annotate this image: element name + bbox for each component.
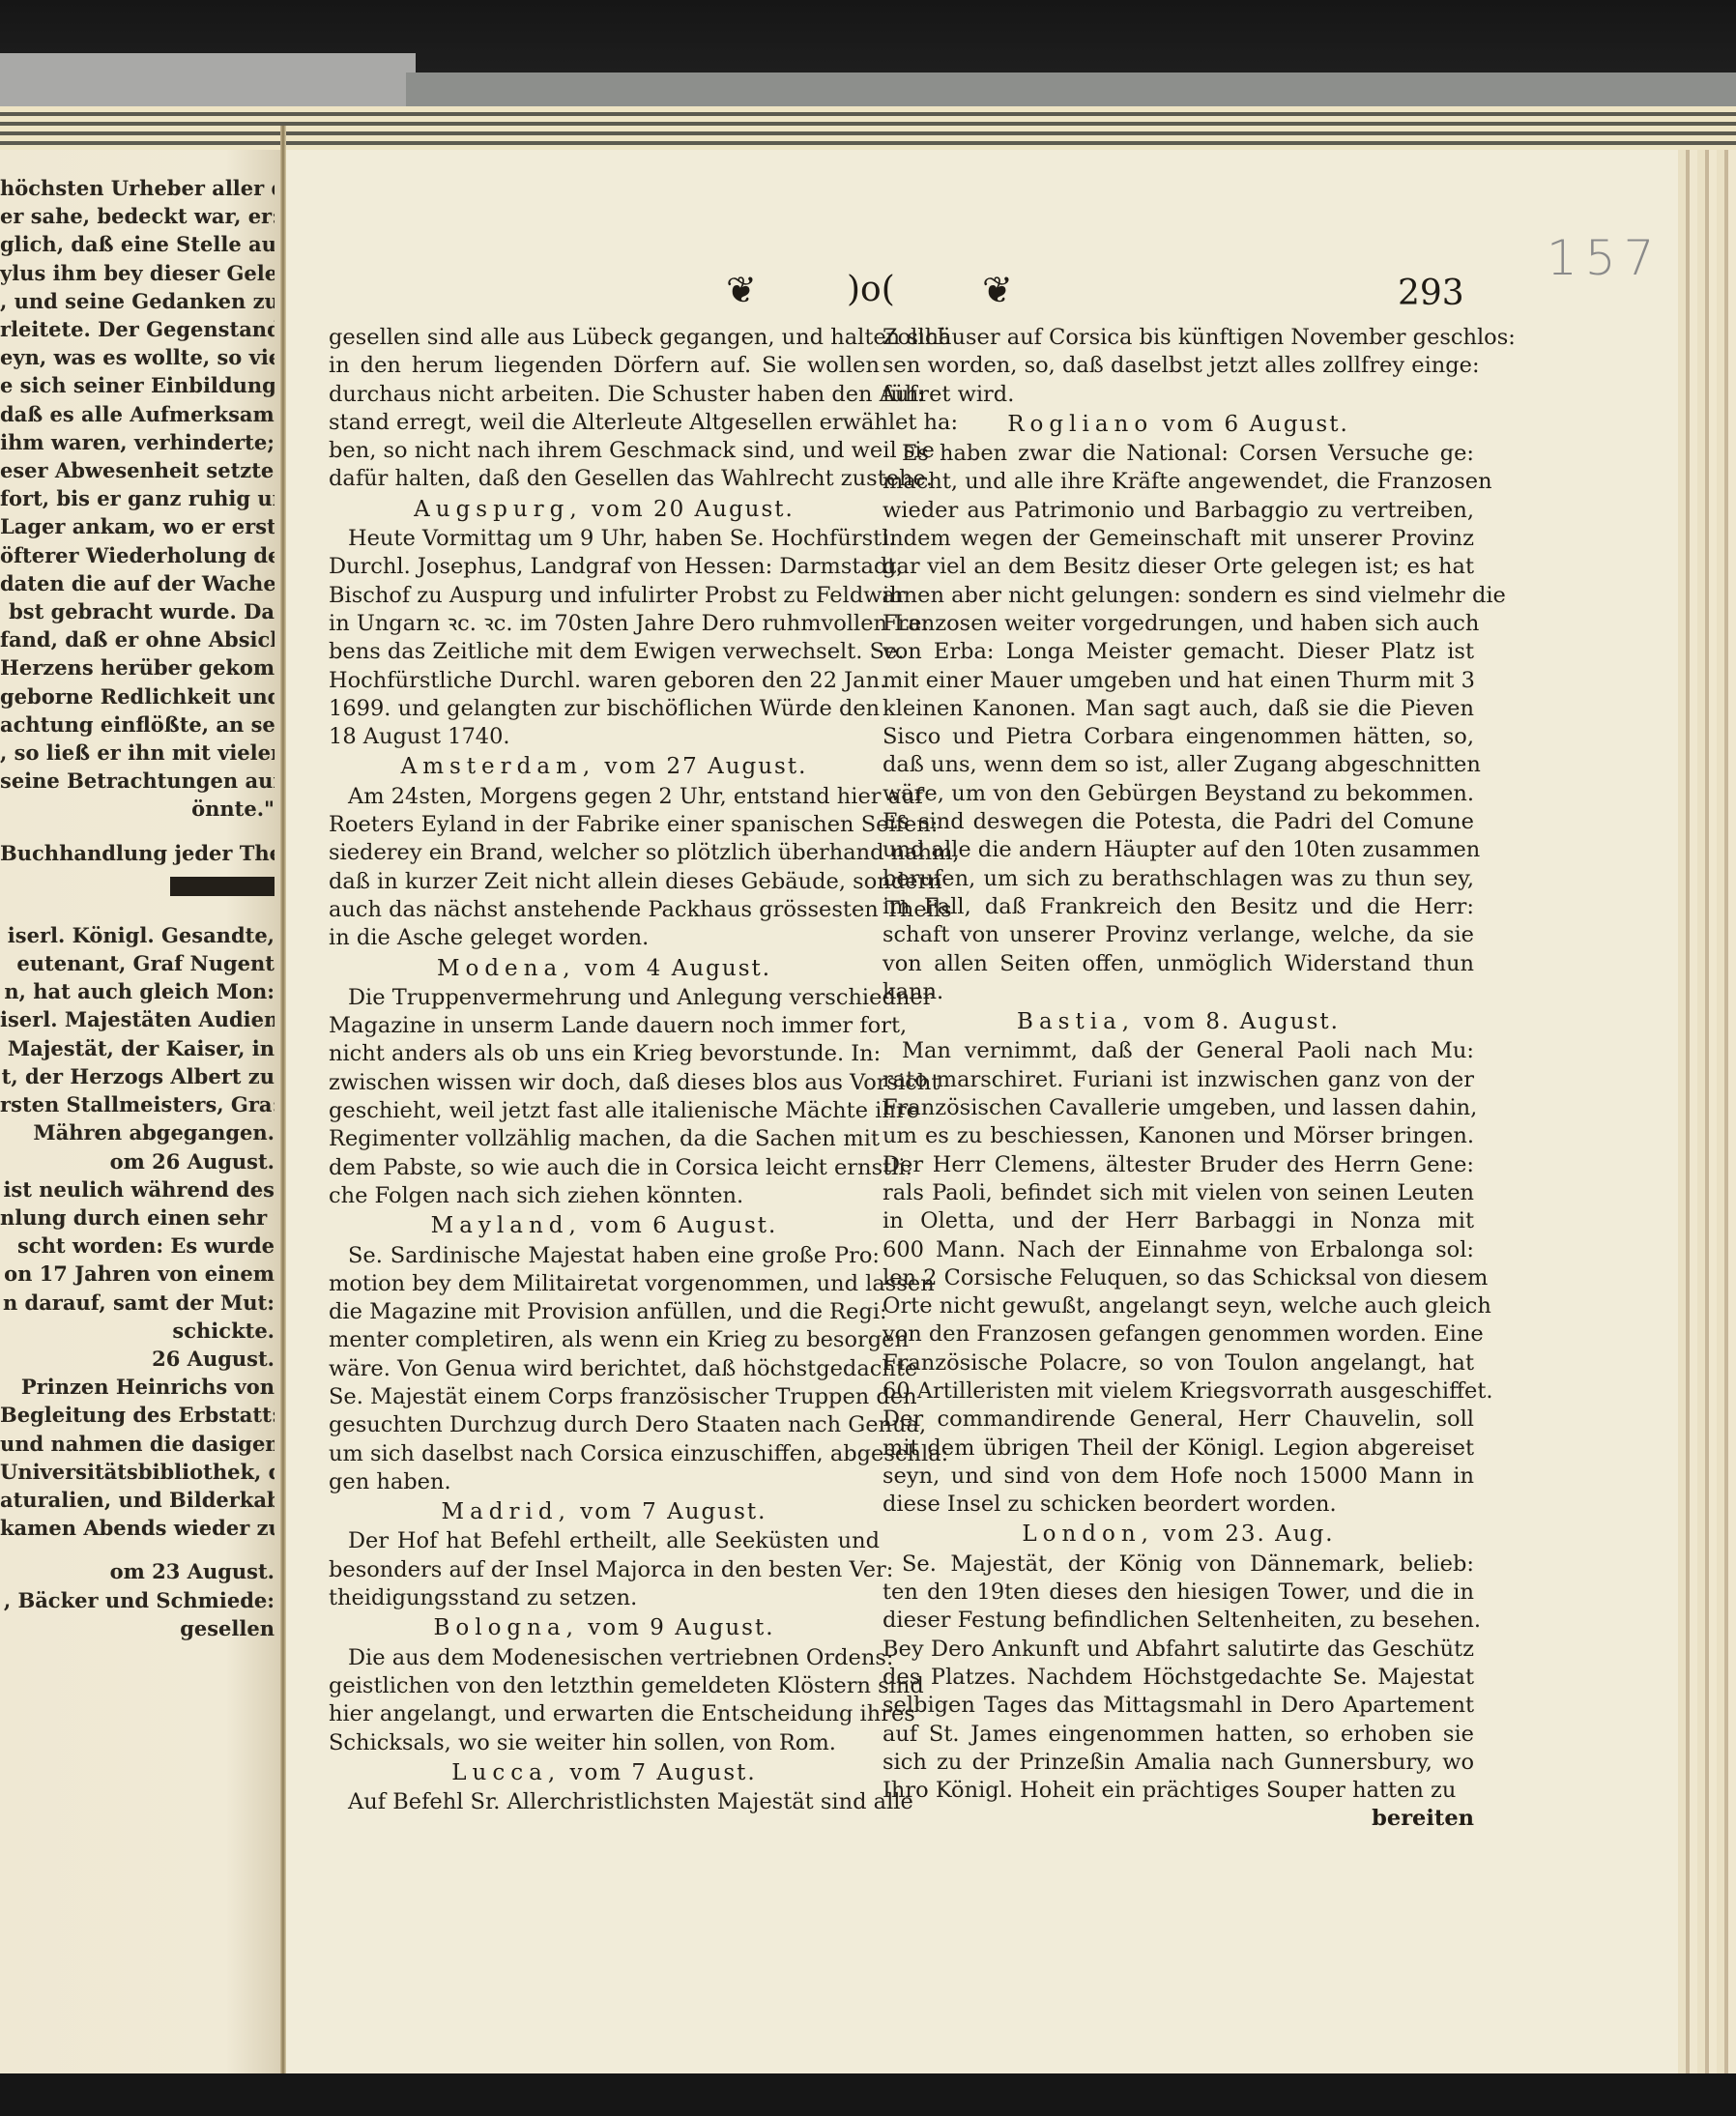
dateline-date: vom 6 August. xyxy=(582,1213,778,1238)
article-dateline: Mayland, vom 6 August. xyxy=(329,1212,880,1240)
news-article: Bastia, vom 8. August.Man vernimmt, daß … xyxy=(882,1008,1474,1519)
article-body: Es haben zwar die National: Corsen Versu… xyxy=(882,440,1474,1006)
headband-right xyxy=(406,72,1736,111)
text-line: und nahmen die dasigen xyxy=(0,1430,275,1458)
dateline-place: Mayland, xyxy=(431,1213,582,1238)
news-article: Rogliano vom 6 August.Es haben zwar die … xyxy=(882,411,1474,1006)
text-line: Regimenter vollzählig machen, da die Sac… xyxy=(329,1125,880,1153)
book-cover-bottom xyxy=(0,2073,1736,2116)
text-line: und alle die andern Häupter auf den 10te… xyxy=(882,836,1474,864)
text-line: geschieht, weil jetzt fast alle italieni… xyxy=(329,1097,880,1125)
text-line: mit dem übrigen Theil der Königl. Legion… xyxy=(882,1435,1474,1463)
dateline-date: vom 4 August. xyxy=(576,956,772,981)
text-line: dafür halten, daß den Gesellen das Wahlr… xyxy=(329,465,880,493)
text-line: Lager ankam, wo er erst xyxy=(0,512,275,540)
text-line: Universitätsbibliothek, den xyxy=(0,1458,275,1486)
text-line: Bischof zu Auspurg und infulirter Probst… xyxy=(329,582,880,610)
text-line: Sisco und Pietra Corbara eingenommen hät… xyxy=(882,723,1474,751)
article-dateline: Bastia, vom 8. August. xyxy=(882,1008,1474,1036)
text-line: schaft von unserer Provinz verlange, wel… xyxy=(882,921,1474,949)
text-line: scht worden: Es wurde xyxy=(0,1232,275,1260)
text-line: Französische Polacre, so von Toulon ange… xyxy=(882,1349,1474,1377)
text-line: schickte. xyxy=(0,1317,275,1345)
dateline-date: vom 20 August. xyxy=(583,497,795,522)
text-line: die Magazine mit Provision anfüllen, und… xyxy=(329,1298,880,1326)
text-line: om 26 August. xyxy=(0,1147,275,1175)
text-line: besonders auf der Insel Majorca in den b… xyxy=(329,1556,880,1584)
text-line: 18 August 1740. xyxy=(329,723,880,751)
shell-ornament-icon: ❦ xyxy=(982,266,1013,314)
text-line: auf St. James eingenommen hatten, so erh… xyxy=(882,1721,1474,1749)
text-line: Zollhäuser auf Corsica bis künftigen Nov… xyxy=(882,324,1474,352)
handwritten-folio-number: 157 xyxy=(1547,230,1662,286)
news-article: Lucca, vom 7 August.Auf Befehl Sr. Aller… xyxy=(329,1759,880,1817)
text-line: rleitete. Der Gegenstand xyxy=(0,315,275,343)
text-line: Magazine in unserm Lande dauern noch imm… xyxy=(329,1012,880,1040)
text-line: von den Franzosen gefangen genommen word… xyxy=(882,1320,1474,1348)
text-line: fort, bis er ganz ruhig und xyxy=(0,484,275,512)
dateline-date: vom 7 August. xyxy=(561,1760,757,1785)
text-line: wäre, um von den Gebürgen Beystand zu be… xyxy=(882,780,1474,808)
text-line: eyn, was es wollte, so viel xyxy=(0,343,275,371)
text-line: hier angelangt, und erwarten die Entsche… xyxy=(329,1700,880,1728)
dateline-date: vom 23. Aug. xyxy=(1154,1522,1335,1547)
catchword: bereiten xyxy=(882,1805,1474,1833)
text-line: rsten Stallmeisters, Gra: xyxy=(0,1090,275,1118)
text-line: er sahe, bedeckt war, er: xyxy=(0,202,275,230)
text-line: Orte nicht gewußt, angelangt seyn, welch… xyxy=(882,1292,1474,1320)
text-line: Ihro Königl. Hoheit ein prächtiges Soupe… xyxy=(882,1777,1474,1805)
text-line: e sich seiner Einbildungs: xyxy=(0,371,275,399)
article-body: Man vernimmt, daß der General Paoli nach… xyxy=(882,1037,1474,1519)
news-article: London, vom 23. Aug.Se. Majestät, der Kö… xyxy=(882,1521,1474,1805)
text-line: fand, daß er ohne Absicht xyxy=(0,625,275,653)
left-page-text: höchsten Urheber aller derer sahe, bedec… xyxy=(0,174,275,1642)
text-line: bens das Zeitliche mit dem Ewigen verwec… xyxy=(329,638,880,666)
text-line: 26 August. xyxy=(0,1345,275,1373)
text-line: siederey ein Brand, welcher so plötzlich… xyxy=(329,839,880,867)
text-line: Man vernimmt, daß der General Paoli nach… xyxy=(882,1037,1474,1065)
text-line: ylus ihm bey dieser Gele: xyxy=(0,259,275,287)
text-line: in die Asche geleget worden. xyxy=(329,924,880,952)
news-article: Amsterdam, vom 27 August.Am 24sten, Morg… xyxy=(329,753,880,952)
text-line: t, der Herzogs Albert zu xyxy=(0,1062,275,1090)
text-line: von Erba: Longa Meister gemacht. Dieser … xyxy=(882,638,1474,666)
dateline-place: Lucca, xyxy=(451,1760,561,1785)
text-line: motion bey dem Militairetat vorgenommen,… xyxy=(329,1270,880,1298)
text-line: geborne Redlichkeit und xyxy=(0,682,275,710)
article-dateline: Amsterdam, vom 27 August. xyxy=(329,753,880,781)
text-line: öfterer Wiederholung des xyxy=(0,541,275,569)
text-line: kleinen Kanonen. Man sagt auch, daß sie … xyxy=(882,695,1474,723)
dateline-date: vom 9 August. xyxy=(579,1615,775,1640)
text-line: Der Herr Clemens, ältester Bruder des He… xyxy=(882,1151,1474,1179)
shell-ornament-icon: ❦ xyxy=(726,266,757,314)
dateline-date: vom 27 August. xyxy=(595,754,807,779)
text-line: zwischen wissen wir doch, daß dieses blo… xyxy=(329,1069,880,1097)
dateline-place: Bastia, xyxy=(1017,1009,1135,1034)
article-body: Auf Befehl Sr. Allerchristlichsten Majes… xyxy=(329,1788,880,1816)
text-line: daß es alle Aufmerksam: xyxy=(0,400,275,428)
text-line: 600 Mann. Nach der Einnahme von Erbalong… xyxy=(882,1236,1474,1264)
dateline-place: Amsterdam, xyxy=(401,754,596,779)
text-line: Hochfürstliche Durchl. waren geboren den… xyxy=(329,667,880,695)
text-line: Prinzen Heinrichs von xyxy=(0,1373,275,1401)
text-line: Die Truppenvermehrung und Anlegung versc… xyxy=(329,984,880,1012)
text-line: stand erregt, weil die Alterleute Altges… xyxy=(329,409,880,437)
dateline-place: London, xyxy=(1022,1522,1154,1547)
text-line: iserl. Majestäten Audienz xyxy=(0,1005,275,1033)
text-line: Französischen Cavallerie umgeben, und la… xyxy=(882,1094,1474,1122)
text-line: n darauf, samt der Mut: xyxy=(0,1289,275,1317)
page-edges-top xyxy=(0,106,1736,155)
article-body: Die aus dem Modenesischen vertriebnen Or… xyxy=(329,1644,880,1757)
text-line: , und seine Gedanken zu xyxy=(0,287,275,315)
text-line: selbigen Tages das Mittagsmahl in Dero A… xyxy=(882,1692,1474,1720)
dateline-date: vom 7 August. xyxy=(571,1499,767,1524)
dateline-place: Madrid, xyxy=(442,1499,571,1524)
text-line: önnte." xyxy=(0,795,275,823)
text-line: Begleitung des Erbstatt: xyxy=(0,1401,275,1429)
text-line: Die aus dem Modenesischen vertriebnen Or… xyxy=(329,1644,880,1672)
text-line: 1699. und gelangten zur bischöflichen Wü… xyxy=(329,695,880,723)
fore-edge xyxy=(1678,150,1736,2073)
article-dateline: Madrid, vom 7 August. xyxy=(329,1498,880,1526)
text-line: Se. Sardinische Majestat haben eine groß… xyxy=(329,1242,880,1270)
article-dateline: Modena, vom 4 August. xyxy=(329,955,880,983)
text-line: ihnen aber nicht gelungen: sondern es si… xyxy=(882,582,1474,610)
text-line: auch das nächst anstehende Packhaus grös… xyxy=(329,896,880,924)
text-line: Se. Majestät einem Corps französischer T… xyxy=(329,1383,880,1411)
article-body: Die Truppenvermehrung und Anlegung versc… xyxy=(329,984,880,1210)
text-line: bst gebracht wurde. Da xyxy=(0,597,275,625)
text-line: rals Paoli, befindet sich mit vielen von… xyxy=(882,1179,1474,1207)
text-line: daten die auf der Wache xyxy=(0,569,275,597)
text-line: rato marschiret. Furiani ist inzwischen … xyxy=(882,1066,1474,1094)
text-line: Am 24sten, Morgens gegen 2 Uhr, entstand… xyxy=(329,783,880,811)
text-line: diese Insel zu schicken beordert worden. xyxy=(882,1491,1474,1519)
text-line: in den herum liegenden Dörfern auf. Sie … xyxy=(329,352,880,380)
dateline-place: Rogliano xyxy=(1007,412,1153,437)
column-left: gesellen sind alle aus Lübeck gegangen, … xyxy=(329,324,880,1816)
text-line: Schicksals, wo sie weiter hin sollen, vo… xyxy=(329,1729,880,1757)
text-line: theidigungsstand zu setzen. xyxy=(329,1584,880,1612)
text-line: in Oletta, und der Herr Barbaggi in Nonz… xyxy=(882,1207,1474,1235)
text-line: seine Betrachtungen auf xyxy=(0,767,275,795)
dateline-place: Augspurg, xyxy=(414,497,583,522)
text-line: dem Pabste, so wie auch die in Corsica l… xyxy=(329,1154,880,1182)
text-line: eutenant, Graf Nugent xyxy=(0,949,275,977)
section-divider-bar xyxy=(170,877,275,896)
text-line: Auf Befehl Sr. Allerchristlichsten Majes… xyxy=(329,1788,880,1816)
text-line: wäre. Von Genua wird berichtet, daß höch… xyxy=(329,1355,880,1383)
text-line: des Platzes. Nachdem Höchstgedachte Se. … xyxy=(882,1664,1474,1692)
text-line: aturalien, und Bilderkabi: xyxy=(0,1486,275,1514)
text-line: führet wird. xyxy=(882,381,1474,409)
news-article: Mayland, vom 6 August.Se. Sardinische Ma… xyxy=(329,1212,880,1496)
news-article: Augspurg, vom 20 August.Heute Vormittag … xyxy=(329,496,880,752)
news-article: Bologna, vom 9 August.Die aus dem Modene… xyxy=(329,1614,880,1756)
text-line: kann. xyxy=(882,978,1474,1006)
text-line: om 23 August. xyxy=(0,1557,275,1585)
text-line: , so ließ er ihn mit vieler xyxy=(0,739,275,767)
text-line: ben, so nicht nach ihrem Geschmack sind,… xyxy=(329,437,880,465)
text-line: kamen Abends wieder zu xyxy=(0,1514,275,1542)
text-line: dieser Festung befindlichen Seltenheiten… xyxy=(882,1607,1474,1635)
text-line: glich, daß eine Stelle aus xyxy=(0,230,275,258)
text-line: wieder aus Patrimonio und Barbaggio zu v… xyxy=(882,497,1474,525)
article-body: Am 24sten, Morgens gegen 2 Uhr, entstand… xyxy=(329,783,880,953)
text-line: in Ungarn ꝛc. ꝛc. im 70sten Jahre Dero r… xyxy=(329,610,880,638)
news-article: Modena, vom 4 August.Die Truppenvermehru… xyxy=(329,955,880,1211)
text-line: daß uns, wenn dem so ist, aller Zugang a… xyxy=(882,751,1474,779)
text-line: Der commandirende General, Herr Chauveli… xyxy=(882,1406,1474,1434)
text-line: nicht anders als ob uns ein Krieg bevors… xyxy=(329,1040,880,1068)
text-line: che Folgen nach sich ziehen könnten. xyxy=(329,1182,880,1210)
article-body: Se. Sardinische Majestat haben eine groß… xyxy=(329,1242,880,1497)
text-line: gesellen xyxy=(0,1614,275,1642)
dateline-date: vom 8. August. xyxy=(1135,1009,1340,1034)
running-head: ❦ )o( ❦ 293 xyxy=(286,266,1678,314)
text-line: im Fall, daß Frankreich den Besitz und d… xyxy=(882,893,1474,921)
center-ornament-icon: )o( xyxy=(847,266,895,314)
text-line: Herzens herüber gekommen xyxy=(0,653,275,681)
text-line: Mähren abgegangen. xyxy=(0,1118,275,1146)
text-line: menter completiren, als wenn ein Krieg z… xyxy=(329,1326,880,1354)
text-line: n, hat auch gleich Mon: xyxy=(0,977,275,1005)
article-body: Heute Vormittag um 9 Uhr, haben Se. Hoch… xyxy=(329,525,880,751)
article-dateline: Bologna, vom 9 August. xyxy=(329,1614,880,1642)
text-line: höchsten Urheber aller der xyxy=(0,174,275,202)
text-line: Franzosen weiter vorgedrungen, und haben… xyxy=(882,610,1474,638)
text-line: achtung einflößte, an sei: xyxy=(0,710,275,739)
text-line: , Bäcker und Schmiede: xyxy=(0,1586,275,1614)
text-line: eser Abwesenheit setzte Her: xyxy=(0,456,275,484)
text-line: Se. Majestät, der König von Dännemark, b… xyxy=(882,1551,1474,1579)
text-line: iserl. Königl. Gesandte, xyxy=(0,921,275,949)
text-line: berufen, um sich zu berathschlagen was z… xyxy=(882,865,1474,893)
text-line: nlung durch einen sehr un: xyxy=(0,1203,275,1232)
text-line: Bey Dero Ankunft und Abfahrt salutirte d… xyxy=(882,1636,1474,1664)
text-line: gesellen sind alle aus Lübeck gegangen, … xyxy=(329,324,880,352)
text-line: 60 Artilleristen mit vielem Kriegsvorrat… xyxy=(882,1377,1474,1406)
text-line: gen haben. xyxy=(329,1468,880,1496)
text-line: Es sind deswegen die Potesta, die Padri … xyxy=(882,808,1474,836)
text-line: ten den 19ten dieses den hiesigen Tower,… xyxy=(882,1579,1474,1607)
text-line: mit einer Mauer umgeben und hat einen Th… xyxy=(882,667,1474,695)
text-line: um sich daselbst nach Corsica einzuschif… xyxy=(329,1440,880,1468)
opening-paragraph: Zollhäuser auf Corsica bis künftigen Nov… xyxy=(882,324,1474,409)
text-line: macht, und alle ihre Kräfte angewendet, … xyxy=(882,468,1474,496)
news-article: Madrid, vom 7 August.Der Hof hat Befehl … xyxy=(329,1498,880,1612)
column-right: Zollhäuser auf Corsica bis künftigen Nov… xyxy=(882,324,1474,1834)
page-number: 293 xyxy=(1398,274,1464,313)
article-dateline: Augspurg, vom 20 August. xyxy=(329,496,880,524)
text-line: daß in kurzer Zeit nicht allein dieses G… xyxy=(329,868,880,896)
text-line: von allen Seiten offen, unmöglich Widers… xyxy=(882,950,1474,978)
opening-paragraph: gesellen sind alle aus Lübeck gegangen, … xyxy=(329,324,880,494)
text-line: gesuchten Durchzug durch Dero Staaten na… xyxy=(329,1411,880,1439)
text-line: gar viel an dem Besitz dieser Orte geleg… xyxy=(882,553,1474,581)
text-line: sich zu der Prinzeßin Amalia nach Gunner… xyxy=(882,1749,1474,1777)
article-body: Se. Majestät, der König von Dännemark, b… xyxy=(882,1551,1474,1806)
text-line: len 2 Corsische Feluquen, so das Schicks… xyxy=(882,1264,1474,1292)
text-line: Majestät, der Kaiser, in xyxy=(0,1034,275,1062)
dateline-place: Bologna, xyxy=(433,1615,579,1640)
article-dateline: London, vom 23. Aug. xyxy=(882,1521,1474,1549)
article-dateline: Lucca, vom 7 August. xyxy=(329,1759,880,1787)
text-line: seyn, und sind von dem Hofe noch 15000 M… xyxy=(882,1463,1474,1491)
text-line: Durchl. Josephus, Landgraf von Hessen: D… xyxy=(329,553,880,581)
text-line: um es zu beschiessen, Kanonen und Mörser… xyxy=(882,1122,1474,1150)
text-line: on 17 Jahren von einem xyxy=(0,1260,275,1288)
text-line: indem wegen der Gemeinschaft mit unserer… xyxy=(882,525,1474,553)
text-line: Der Hof hat Befehl ertheilt, alle Seeküs… xyxy=(329,1527,880,1555)
article-dateline: Rogliano vom 6 August. xyxy=(882,411,1474,439)
dateline-date: vom 6 August. xyxy=(1153,412,1349,437)
text-line: Roeters Eyland in der Fabrike einer span… xyxy=(329,811,880,839)
dateline-place: Modena, xyxy=(437,956,576,981)
text-line: Buchhandlung jeder Theil xyxy=(0,839,275,867)
text-line: durchaus nicht arbeiten. Die Schuster ha… xyxy=(329,381,880,409)
text-line: Heute Vormittag um 9 Uhr, haben Se. Hoch… xyxy=(329,525,880,553)
text-line: sen worden, so, daß daselbst jetzt alles… xyxy=(882,352,1474,380)
article-body: Der Hof hat Befehl ertheilt, alle Seeküs… xyxy=(329,1527,880,1612)
text-line: ihm waren, verhinderte; xyxy=(0,428,275,456)
text-line: ist neulich während des xyxy=(0,1175,275,1203)
text-line: geistlichen von den letzthin gemeldeten … xyxy=(329,1672,880,1700)
text-line: Es haben zwar die National: Corsen Versu… xyxy=(882,440,1474,468)
